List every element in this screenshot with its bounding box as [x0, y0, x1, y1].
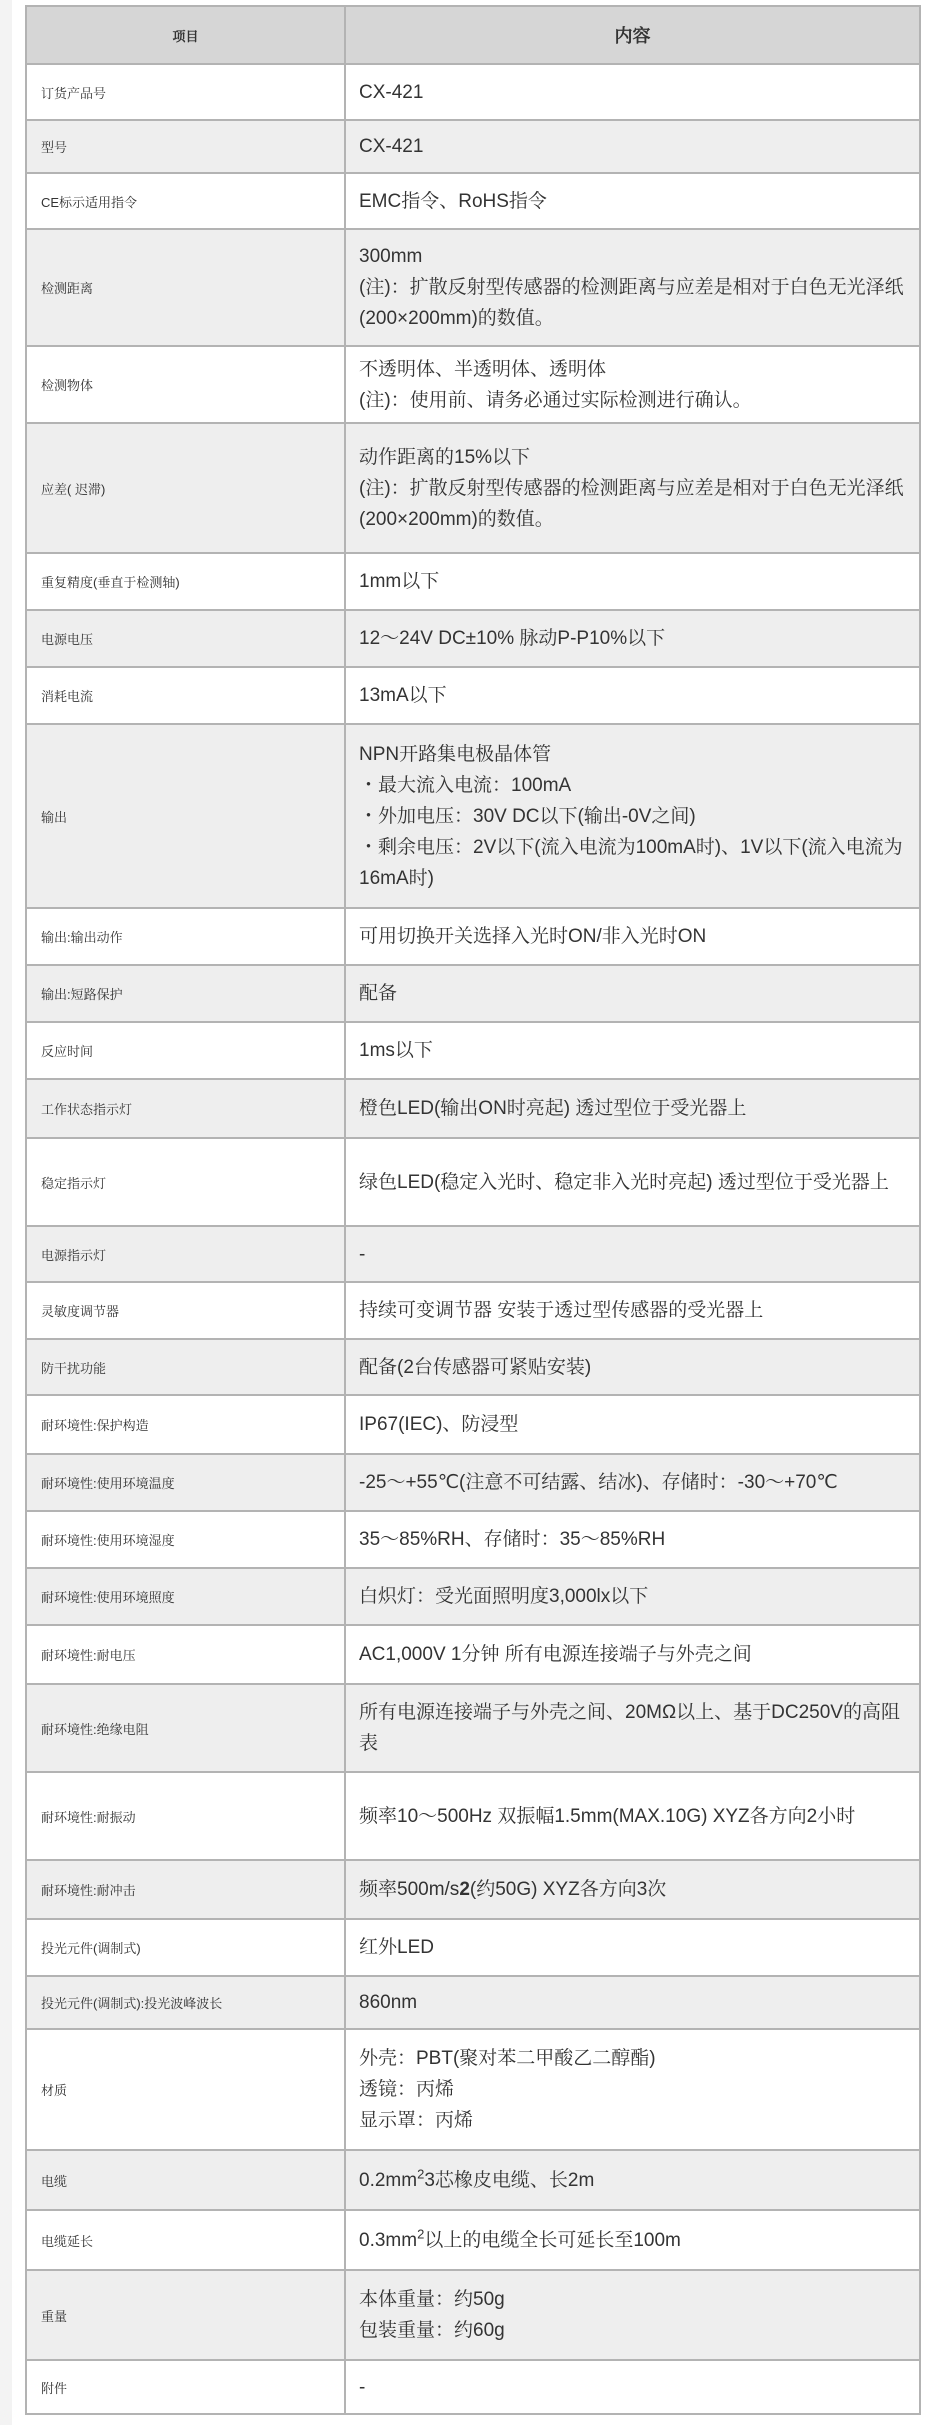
spec-value-line: ・外加电压：30V DC以下(输出-0V之间)	[359, 801, 907, 832]
spec-value: 配备(2台传感器可紧贴安装)	[345, 1339, 920, 1395]
spec-value-line: 持续可变调节器 安装于透过型传感器的受光器上	[359, 1295, 907, 1326]
table-row: 投光元件(调制式)红外LED	[26, 1919, 920, 1976]
table-row: 稳定指示灯绿色LED(稳定入光时、稳定非入光时亮起) 透过型位于受光器上	[26, 1138, 920, 1226]
spec-value: 红外LED	[345, 1919, 920, 1976]
spec-value-line: 配备	[359, 978, 907, 1009]
spec-table: 项目 内容 订货产品号CX-421型号CX-421CE标示适用指令EMC指令、R…	[25, 5, 921, 2415]
table-row: 输出:输出动作可用切换开关选择入光时ON/非入光时ON	[26, 908, 920, 965]
table-row: 电缆延长0.3mm2以上的电缆全长可延长至100m	[26, 2210, 920, 2270]
spec-value-line: 绿色LED(稳定入光时、稳定非入光时亮起) 透过型位于受光器上	[359, 1167, 907, 1198]
spec-value: 外壳：PBT(聚对苯二甲酸乙二醇酯)透镜：丙烯显示罩：丙烯	[345, 2029, 920, 2150]
spec-value: 不透明体、半透明体、透明体(注)：使用前、请务必通过实际检测进行确认。	[345, 346, 920, 423]
spec-label: 投光元件(调制式):投光波峰波长	[26, 1976, 345, 2029]
spec-value-line: CX-421	[359, 77, 907, 108]
spec-value-line: 12～24V DC±10% 脉动P-P10%以下	[359, 623, 907, 654]
spec-table-body: 订货产品号CX-421型号CX-421CE标示适用指令EMC指令、RoHS指令检…	[26, 64, 920, 2414]
spec-value: 所有电源连接端子与外壳之间、20MΩ以上、基于DC250V的高阻表	[345, 1684, 920, 1772]
table-row: 工作状态指示灯橙色LED(输出ON时亮起) 透过型位于受光器上	[26, 1079, 920, 1138]
spec-value-line: IP67(IEC)、防浸型	[359, 1409, 907, 1440]
spec-value-line: AC1,000V 1分钟 所有电源连接端子与外壳之间	[359, 1639, 907, 1670]
table-row: 附件-	[26, 2360, 920, 2414]
spec-value-line: 13mA以下	[359, 680, 907, 711]
spec-label: 反应时间	[26, 1022, 345, 1079]
spec-value-line: 不透明体、半透明体、透明体	[359, 354, 907, 385]
spec-label: 电缆	[26, 2150, 345, 2210]
spec-value: 1mm以下	[345, 553, 920, 610]
spec-value-line: (注)：扩散反射型传感器的检测距离与应差是相对于白色无光泽纸(200×200mm…	[359, 272, 907, 334]
spec-value-after: 以上的电缆全长可延长至100m	[424, 2230, 681, 2251]
spec-value: 12～24V DC±10% 脉动P-P10%以下	[345, 610, 920, 667]
spec-value-line: ・最大流入电流：100mA	[359, 770, 907, 801]
spec-value-line: 透镜：丙烯	[359, 2074, 907, 2105]
spec-value: 0.3mm2以上的电缆全长可延长至100m	[345, 2210, 920, 2270]
spec-label: 电源指示灯	[26, 1226, 345, 1282]
spec-value-after: (约50G) XYZ各方向3次	[470, 1879, 666, 1900]
spec-value-line: -	[359, 1239, 907, 1270]
table-row: 耐环境性:耐冲击频率500m/s2(约50G) XYZ各方向3次	[26, 1860, 920, 1919]
spec-value-line: (注)：扩散反射型传感器的检测距离与应差是相对于白色无光泽纸(200×200mm…	[359, 473, 907, 535]
table-row: 输出:短路保护配备	[26, 965, 920, 1022]
table-row: 耐环境性:耐振动频率10～500Hz 双振幅1.5mm(MAX.10G) XYZ…	[26, 1772, 920, 1860]
table-row: 耐环境性:使用环境湿度35～85%RH、存储时：35～85%RH	[26, 1511, 920, 1568]
spec-value: 频率10～500Hz 双振幅1.5mm(MAX.10G) XYZ各方向2小时	[345, 1772, 920, 1860]
spec-value: CX-421	[345, 64, 920, 120]
spec-value-before: 0.2mm	[359, 2170, 417, 2191]
spec-value-line: 本体重量：约50g	[359, 2284, 907, 2315]
spec-value-line: 1mm以下	[359, 566, 907, 597]
table-row: 电源电压12～24V DC±10% 脉动P-P10%以下	[26, 610, 920, 667]
spec-value-line: CX-421	[359, 131, 907, 162]
spec-value-line: 包装重量：约60g	[359, 2315, 907, 2346]
spec-label: 应差( 迟滞)	[26, 423, 345, 553]
spec-value: 1ms以下	[345, 1022, 920, 1079]
spec-value-line: -25～+55℃(注意不可结露、结冰)、存储时：-30～+70℃	[359, 1467, 907, 1498]
spec-value: CX-421	[345, 120, 920, 173]
table-row: 投光元件(调制式):投光波峰波长860nm	[26, 1976, 920, 2029]
spec-label: 订货产品号	[26, 64, 345, 120]
spec-value: 绿色LED(稳定入光时、稳定非入光时亮起) 透过型位于受光器上	[345, 1138, 920, 1226]
spec-value: 白炽灯：受光面照明度3,000lx以下	[345, 1568, 920, 1625]
spec-value: 860nm	[345, 1976, 920, 2029]
table-row: 材质外壳：PBT(聚对苯二甲酸乙二醇酯)透镜：丙烯显示罩：丙烯	[26, 2029, 920, 2150]
spec-value-line: 所有电源连接端子与外壳之间、20MΩ以上、基于DC250V的高阻表	[359, 1697, 907, 1759]
spec-value-before: 频率500m/s	[359, 1879, 459, 1900]
spec-label: 输出:输出动作	[26, 908, 345, 965]
spec-label: 耐环境性:绝缘电阻	[26, 1684, 345, 1772]
spec-label: 重量	[26, 2270, 345, 2360]
spec-value-after: 3芯橡皮电缆、长2m	[424, 2170, 594, 2191]
spec-label: 耐环境性:耐冲击	[26, 1860, 345, 1919]
left-margin	[0, 0, 12, 2425]
table-row: 重复精度(垂直于检测轴)1mm以下	[26, 553, 920, 610]
spec-value-line: 300mm	[359, 241, 907, 272]
table-row: 检测物体不透明体、半透明体、透明体(注)：使用前、请务必通过实际检测进行确认。	[26, 346, 920, 423]
spec-label: 型号	[26, 120, 345, 173]
spec-value-line: 可用切换开关选择入光时ON/非入光时ON	[359, 921, 907, 952]
spec-label: 稳定指示灯	[26, 1138, 345, 1226]
spec-label: 灵敏度调节器	[26, 1282, 345, 1339]
spec-label: 检测物体	[26, 346, 345, 423]
table-row: 电缆0.2mm23芯橡皮电缆、长2m	[26, 2150, 920, 2210]
table-row: 检测距离300mm(注)：扩散反射型传感器的检测距离与应差是相对于白色无光泽纸(…	[26, 229, 920, 346]
column-header-item: 项目	[26, 6, 345, 64]
spec-label: 耐环境性:使用环境温度	[26, 1454, 345, 1511]
table-row: 重量本体重量：约50g包装重量：约60g	[26, 2270, 920, 2360]
spec-value-bold: 2	[459, 1879, 470, 1900]
spec-value: 可用切换开关选择入光时ON/非入光时ON	[345, 908, 920, 965]
spec-value: 13mA以下	[345, 667, 920, 724]
spec-label: 耐环境性:保护构造	[26, 1395, 345, 1454]
table-row: 订货产品号CX-421	[26, 64, 920, 120]
spec-value-line: 860nm	[359, 1987, 907, 2018]
spec-label: 输出	[26, 724, 345, 908]
spec-value-line: -	[359, 2372, 907, 2403]
spec-value: 动作距离的15%以下(注)：扩散反射型传感器的检测距离与应差是相对于白色无光泽纸…	[345, 423, 920, 553]
spec-value: NPN开路集电极晶体管・最大流入电流：100mA・外加电压：30V DC以下(输…	[345, 724, 920, 908]
spec-value: -	[345, 1226, 920, 1282]
table-row: 输出NPN开路集电极晶体管・最大流入电流：100mA・外加电压：30V DC以下…	[26, 724, 920, 908]
table-row: 灵敏度调节器持续可变调节器 安装于透过型传感器的受光器上	[26, 1282, 920, 1339]
spec-label: 消耗电流	[26, 667, 345, 724]
spec-value: 配备	[345, 965, 920, 1022]
spec-value-line: 红外LED	[359, 1932, 907, 1963]
spec-label: 附件	[26, 2360, 345, 2414]
spec-value: AC1,000V 1分钟 所有电源连接端子与外壳之间	[345, 1625, 920, 1684]
spec-value-line: NPN开路集电极晶体管	[359, 739, 907, 770]
table-row: 电源指示灯-	[26, 1226, 920, 1282]
spec-label: 电源电压	[26, 610, 345, 667]
table-header-row: 项目 内容	[26, 6, 920, 64]
spec-label: 耐环境性:使用环境湿度	[26, 1511, 345, 1568]
spec-value-line: 橙色LED(输出ON时亮起) 透过型位于受光器上	[359, 1093, 907, 1124]
table-row: 防干扰功能配备(2台传感器可紧贴安装)	[26, 1339, 920, 1395]
spec-value-line: 显示罩：丙烯	[359, 2105, 907, 2136]
spec-label: 重复精度(垂直于检测轴)	[26, 553, 345, 610]
page: 项目 内容 订货产品号CX-421型号CX-421CE标示适用指令EMC指令、R…	[0, 0, 933, 2425]
spec-value-line: 白炽灯：受光面照明度3,000lx以下	[359, 1581, 907, 1612]
spec-value: 本体重量：约50g包装重量：约60g	[345, 2270, 920, 2360]
spec-label: 耐环境性:使用环境照度	[26, 1568, 345, 1625]
spec-value-line: (注)：使用前、请务必通过实际检测进行确认。	[359, 385, 907, 416]
spec-label: 防干扰功能	[26, 1339, 345, 1395]
spec-label: 工作状态指示灯	[26, 1079, 345, 1138]
spec-value: 频率500m/s2(约50G) XYZ各方向3次	[345, 1860, 920, 1919]
table-row: 耐环境性:绝缘电阻所有电源连接端子与外壳之间、20MΩ以上、基于DC250V的高…	[26, 1684, 920, 1772]
spec-value: IP67(IEC)、防浸型	[345, 1395, 920, 1454]
column-header-content: 内容	[345, 6, 920, 64]
spec-value-line: 1ms以下	[359, 1035, 907, 1066]
spec-label: 材质	[26, 2029, 345, 2150]
spec-label: 耐环境性:耐电压	[26, 1625, 345, 1684]
table-row: 型号CX-421	[26, 120, 920, 173]
spec-label: 检测距离	[26, 229, 345, 346]
spec-value-line: 配备(2台传感器可紧贴安装)	[359, 1352, 907, 1383]
table-row: CE标示适用指令EMC指令、RoHS指令	[26, 173, 920, 229]
table-row: 耐环境性:耐电压AC1,000V 1分钟 所有电源连接端子与外壳之间	[26, 1625, 920, 1684]
spec-value-before: 0.3mm	[359, 2230, 417, 2251]
spec-value-line: EMC指令、RoHS指令	[359, 186, 907, 217]
spec-label: 耐环境性:耐振动	[26, 1772, 345, 1860]
table-row: 耐环境性:使用环境照度白炽灯：受光面照明度3,000lx以下	[26, 1568, 920, 1625]
spec-label: 电缆延长	[26, 2210, 345, 2270]
spec-label: 投光元件(调制式)	[26, 1919, 345, 1976]
spec-value: 300mm(注)：扩散反射型传感器的检测距离与应差是相对于白色无光泽纸(200×…	[345, 229, 920, 346]
spec-value: 持续可变调节器 安装于透过型传感器的受光器上	[345, 1282, 920, 1339]
spec-value: -	[345, 2360, 920, 2414]
spec-value-line: 频率10～500Hz 双振幅1.5mm(MAX.10G) XYZ各方向2小时	[359, 1801, 907, 1832]
spec-value-line: 35～85%RH、存储时：35～85%RH	[359, 1524, 907, 1555]
table-row: 应差( 迟滞)动作距离的15%以下(注)：扩散反射型传感器的检测距离与应差是相对…	[26, 423, 920, 553]
spec-label: CE标示适用指令	[26, 173, 345, 229]
table-row: 反应时间1ms以下	[26, 1022, 920, 1079]
table-row: 耐环境性:使用环境温度-25～+55℃(注意不可结露、结冰)、存储时：-30～+…	[26, 1454, 920, 1511]
table-row: 消耗电流13mA以下	[26, 667, 920, 724]
spec-value: EMC指令、RoHS指令	[345, 173, 920, 229]
spec-value-line: 动作距离的15%以下	[359, 442, 907, 473]
spec-value-line: ・剩余电压：2V以下(流入电流为100mA时)、1V以下(流入电流为16mA时)	[359, 832, 907, 894]
spec-value: -25～+55℃(注意不可结露、结冰)、存储时：-30～+70℃	[345, 1454, 920, 1511]
table-row: 耐环境性:保护构造IP67(IEC)、防浸型	[26, 1395, 920, 1454]
spec-value: 0.2mm23芯橡皮电缆、长2m	[345, 2150, 920, 2210]
spec-value-line: 外壳：PBT(聚对苯二甲酸乙二醇酯)	[359, 2043, 907, 2074]
spec-value: 橙色LED(输出ON时亮起) 透过型位于受光器上	[345, 1079, 920, 1138]
spec-value: 35～85%RH、存储时：35～85%RH	[345, 1511, 920, 1568]
spec-label: 输出:短路保护	[26, 965, 345, 1022]
